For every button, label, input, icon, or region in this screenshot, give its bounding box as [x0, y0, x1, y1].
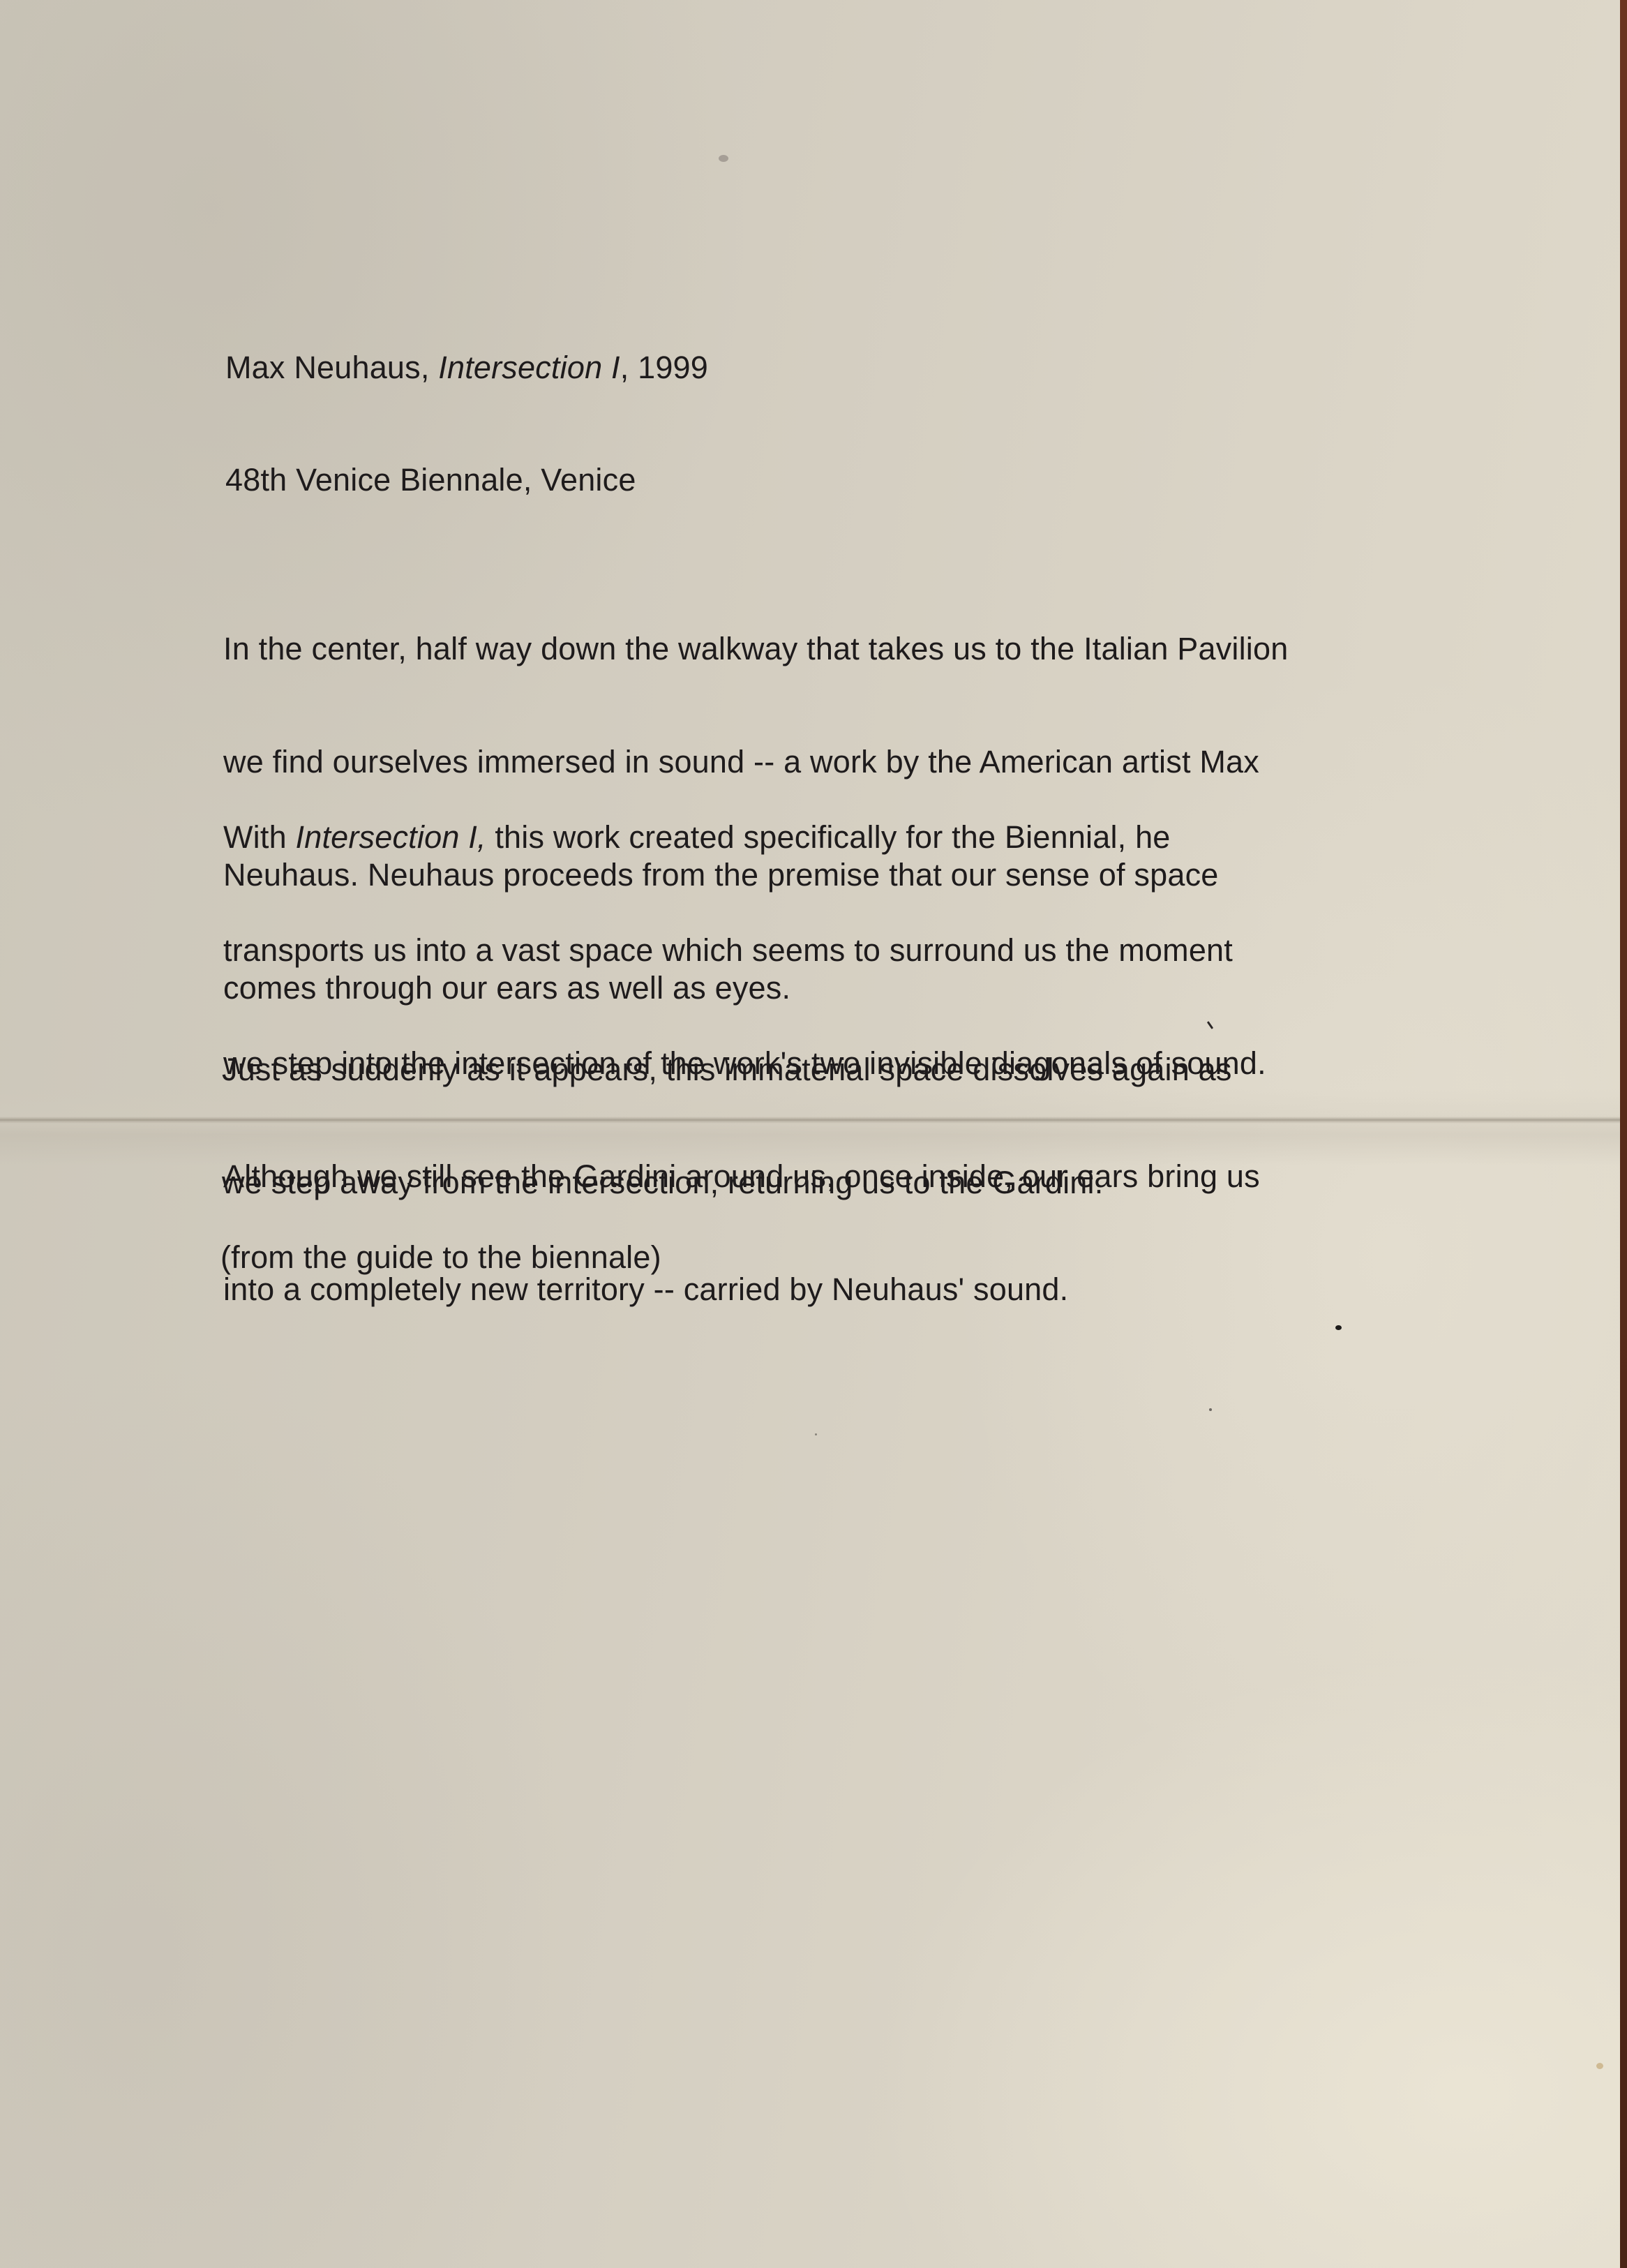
paragraph-line: we step away from the intersection, retu… — [222, 1164, 1232, 1202]
work-year: , 1999 — [620, 350, 708, 385]
work-title: Intersection I — [438, 350, 620, 385]
paragraph-3: Just as suddenly as it appears, this imm… — [222, 976, 1232, 1277]
paragraph-line: With Intersection I, this work created s… — [223, 819, 1266, 856]
paragraph-line: In the center, half way down the walkway… — [223, 630, 1288, 668]
paper-sheet: Max Neuhaus, Intersection I, 1999 48th V… — [0, 0, 1620, 2268]
paper-speck — [1209, 1408, 1212, 1411]
source-note: (from the guide to the biennale) — [220, 1239, 661, 1276]
text-run: this work created specifically for the B… — [486, 819, 1171, 855]
heading-venue-line: 48th Venice Biennale, Venice — [225, 461, 708, 498]
paragraph-line: transports us into a vast space which se… — [223, 932, 1266, 969]
paper-speck — [815, 1433, 817, 1435]
paragraph-line: Just as suddenly as it appears, this imm… — [222, 1051, 1232, 1089]
paper-speck — [719, 155, 728, 162]
ink-dot — [1335, 1325, 1342, 1330]
text-run: With — [223, 819, 296, 855]
heading-title-line: Max Neuhaus, Intersection I, 1999 — [225, 349, 708, 386]
document-heading: Max Neuhaus, Intersection I, 1999 48th V… — [225, 274, 708, 574]
artist-name: Max Neuhaus, — [225, 350, 438, 385]
work-title-inline: Intersection I, — [296, 819, 486, 855]
paper-stain — [1596, 2063, 1603, 2069]
